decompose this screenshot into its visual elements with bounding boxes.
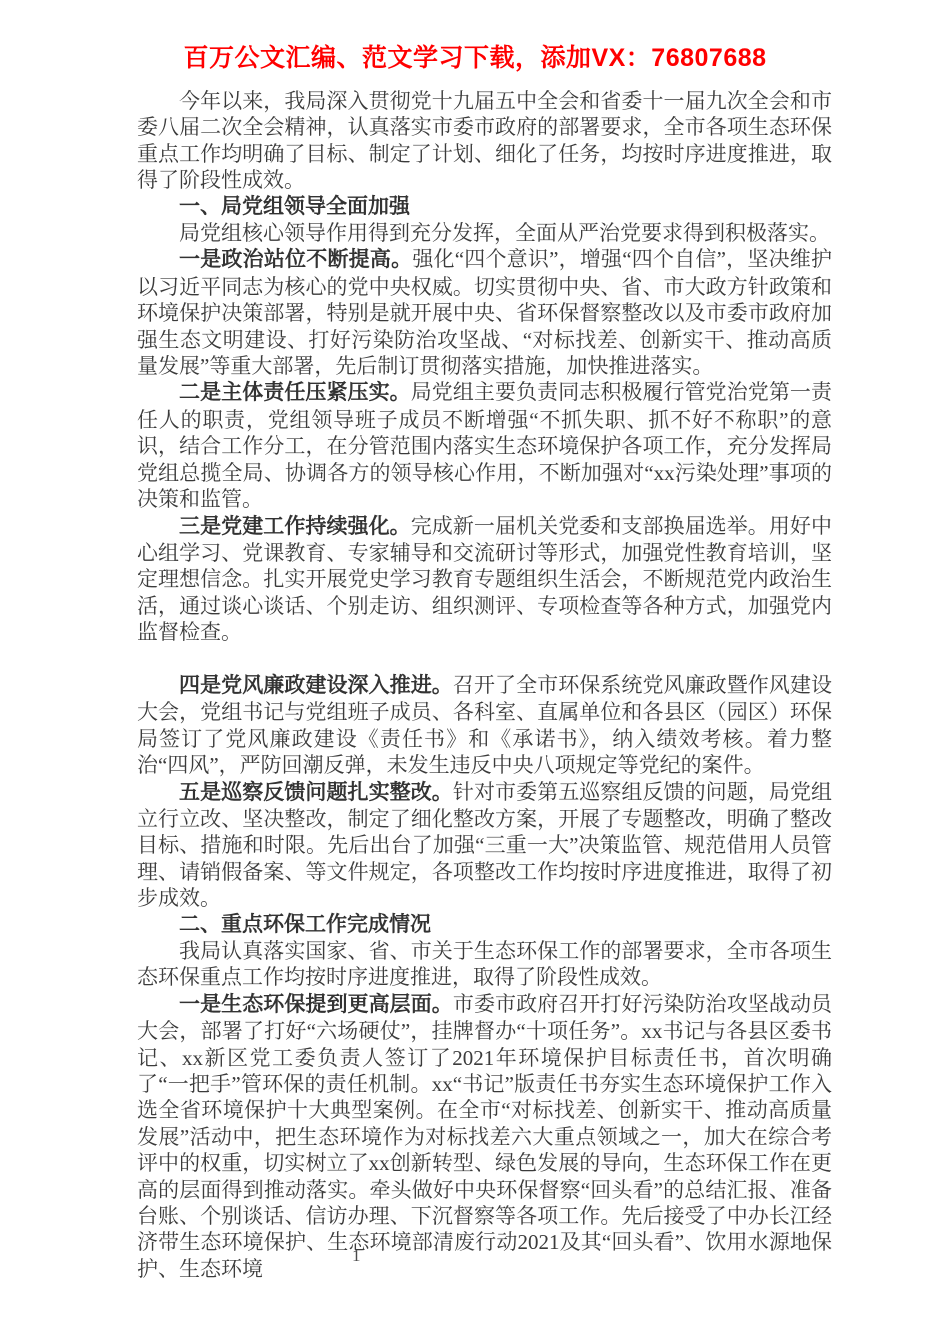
- promo-banner-text: 百万公文汇编、范文学习下载，添加VX：76807688: [0, 44, 950, 72]
- document-body: 今年以来，我局深入贯彻党十九届五中全会和省委十一届九次全会和市委八届二次全会精神…: [137, 88, 832, 1282]
- paragraph: 二是主体责任压紧压实。局党组主要负责同志积极履行管党治党第一责任人的职责，党组领…: [137, 379, 832, 512]
- paragraph: 一是政治站位不断提高。强化“四个意识”，增强“四个自信”，坚决维护以习近平同志为…: [137, 246, 832, 379]
- paragraph: 一是生态环保提到更高层面。市委市政府召开打好污染防治攻坚战动员大会，部署了打好“…: [137, 991, 832, 1282]
- paragraph: 局党组核心领导作用得到充分发挥，全面从严治党要求得到积极落实。: [137, 220, 832, 246]
- paragraph-lead: 三是党建工作持续强化。: [179, 515, 411, 538]
- paragraph-lead: 四是党风廉政建设深入推进。: [179, 674, 453, 697]
- paragraph-text: 我局认真落实国家、省、市关于生态环保工作的部署要求，全市各项生态环保重点工作均按…: [137, 939, 832, 989]
- paragraph-text: 局党组核心领导作用得到充分发挥，全面从严治党要求得到积极落实。: [179, 221, 830, 245]
- heading-text: 一、局党组领导全面加强: [179, 195, 410, 218]
- page-number: 1: [352, 1246, 361, 1266]
- document-page: 百万公文汇编、范文学习下载，添加VX：76807688 今年以来，我局深入贯彻党…: [0, 0, 950, 1344]
- paragraph: 今年以来，我局深入贯彻党十九届五中全会和省委十一届九次全会和市委八届二次全会精神…: [137, 88, 832, 194]
- paragraph-lead: 二是主体责任压紧压实。: [179, 381, 411, 404]
- paragraph-text: 市委市政府召开打好污染防治攻坚战动员大会，部署了打好“六场硬仗”，挂牌督办“十项…: [137, 992, 832, 1281]
- heading-text: 二、重点环保工作完成情况: [179, 913, 431, 936]
- paragraph-lead: 一是生态环保提到更高层面。: [179, 993, 453, 1016]
- paragraph-text: 今年以来，我局深入贯彻党十九届五中全会和省委十一届九次全会和市委八届二次全会精神…: [137, 89, 832, 192]
- paragraph-lead: 五是巡察反馈问题扎实整改。: [179, 781, 453, 804]
- paragraph: 五是巡察反馈问题扎实整改。针对市委第五巡察组反馈的问题，局党组立行立改、坚决整改…: [137, 779, 832, 912]
- section-heading-1: 一、局党组领导全面加强: [137, 194, 832, 220]
- paragraph-lead: 一是政治站位不断提高。: [179, 248, 412, 271]
- paragraph: 四是党风廉政建设深入推进。召开了全市环保系统党风廉政暨作风建设大会，党组书记与党…: [137, 672, 832, 779]
- blank-line: [137, 646, 832, 672]
- paragraph: 三是党建工作持续强化。完成新一届机关党委和支部换届选举。用好中心组学习、党课教育…: [137, 513, 832, 646]
- section-heading-2: 二、重点环保工作完成情况: [137, 912, 832, 938]
- paragraph: 我局认真落实国家、省、市关于生态环保工作的部署要求，全市各项生态环保重点工作均按…: [137, 938, 832, 991]
